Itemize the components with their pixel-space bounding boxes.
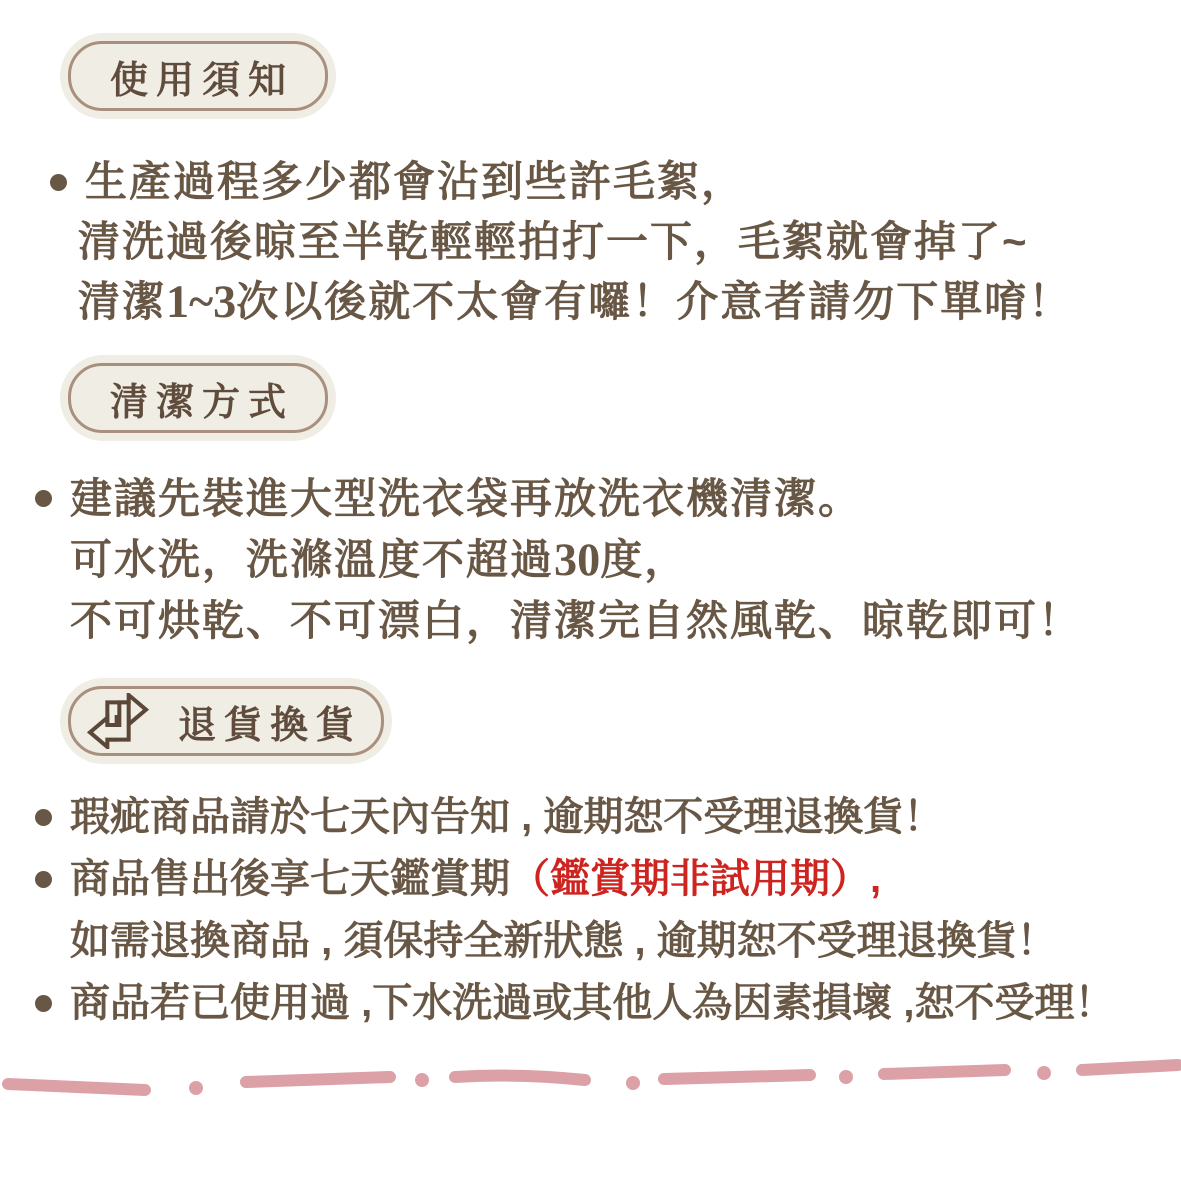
notice-line: 可水洗，洗滌溫度不超過30度，: [35, 529, 1181, 590]
notice-line: 清潔1~3次以後就不太會有囉！介意者請勿下單唷！: [50, 272, 1181, 332]
section-badge-returns-exchange: 退貨換貨: [60, 678, 392, 764]
dashed-divider: [0, 1046, 1181, 1106]
section-badge-usage-notes: 使用須知: [60, 33, 336, 119]
section-badge-cleaning-method: 清潔方式: [60, 355, 336, 441]
usage-notes-list: 生產過程多少都會沾到些許毛絮， 清洗過後晾至半乾輕輕拍打一下，毛絮就會掉了~ 清…: [0, 152, 1181, 332]
bullet-dot: [35, 809, 52, 826]
notice-text: 建議先裝進大型洗衣袋再放洗衣機清潔。: [70, 468, 862, 529]
notice-text: 次以後就不太會有囉！介意者請勿下單唷！: [236, 272, 1072, 332]
notice-text: 清潔: [78, 272, 166, 332]
bullet-dot: [35, 871, 52, 888]
notice-text-red: （鑑賞期非試用期）,: [510, 848, 881, 910]
notice-line: 建議先裝進大型洗衣袋再放洗衣機清潔。: [35, 468, 1181, 529]
notice-line: 不可烘乾、不可漂白，清潔完自然風乾、晾乾即可！: [35, 590, 1181, 651]
notice-text: 商品售出後享七天鑑賞期: [70, 848, 510, 910]
notice-text: 不可烘乾、不可漂白，清潔完自然風乾、晾乾即可！: [70, 590, 1082, 651]
notice-text: 清洗過後晾至半乾輕輕拍打一下，毛絮就會掉了~: [78, 212, 1029, 272]
notice-text: 瑕疵商品請於七天內告知 , 逾期恕不受理退換貨！: [70, 786, 943, 848]
notice-line: 清洗過後晾至半乾輕輕拍打一下，毛絮就會掉了~: [50, 212, 1181, 272]
notice-number: 30: [554, 529, 600, 590]
bullet-dot: [50, 174, 67, 191]
bullet-dot: [35, 490, 52, 507]
notice-text: 商品若已使用過 ,下水洗過或其他人為因素損壞 ,恕不受理！: [70, 972, 1114, 1034]
notice-line: 商品售出後享七天鑑賞期 （鑑賞期非試用期）,: [35, 848, 1181, 910]
notice-line: 商品若已使用過 ,下水洗過或其他人為因素損壞 ,恕不受理！: [35, 972, 1181, 1034]
notice-line: 瑕疵商品請於七天內告知 , 逾期恕不受理退換貨！: [35, 786, 1181, 848]
notice-line: 生產過程多少都會沾到些許毛絮，: [50, 152, 1181, 212]
product-care-notice-page: 使用須知 生產過程多少都會沾到些許毛絮， 清洗過後晾至半乾輕輕拍打一下，毛絮就會…: [0, 33, 1181, 1106]
returns-policy-list: 瑕疵商品請於七天內告知 , 逾期恕不受理退換貨！ 商品售出後享七天鑑賞期 （鑑賞…: [0, 786, 1181, 1034]
notice-number: 1~3: [166, 272, 236, 332]
swap-arrows-icon: [84, 693, 152, 749]
notice-line: 如需退換商品 , 須保持全新狀態 , 逾期恕不受理退換貨！: [35, 910, 1181, 972]
cleaning-method-list: 建議先裝進大型洗衣袋再放洗衣機清潔。 可水洗，洗滌溫度不超過30度， 不可烘乾、…: [0, 468, 1181, 651]
notice-text: 可水洗，洗滌溫度不超過: [70, 529, 554, 590]
bullet-dot: [35, 995, 52, 1012]
badge-label: 清潔方式: [102, 371, 294, 426]
badge-label: 退貨換貨: [170, 694, 362, 749]
badge-label: 使用須知: [102, 49, 294, 104]
notice-text: 如需退換商品 , 須保持全新狀態 , 逾期恕不受理退換貨！: [70, 910, 1057, 972]
notice-text: 度，: [600, 529, 688, 590]
notice-text: 生產過程多少都會沾到些許毛絮，: [85, 152, 745, 212]
